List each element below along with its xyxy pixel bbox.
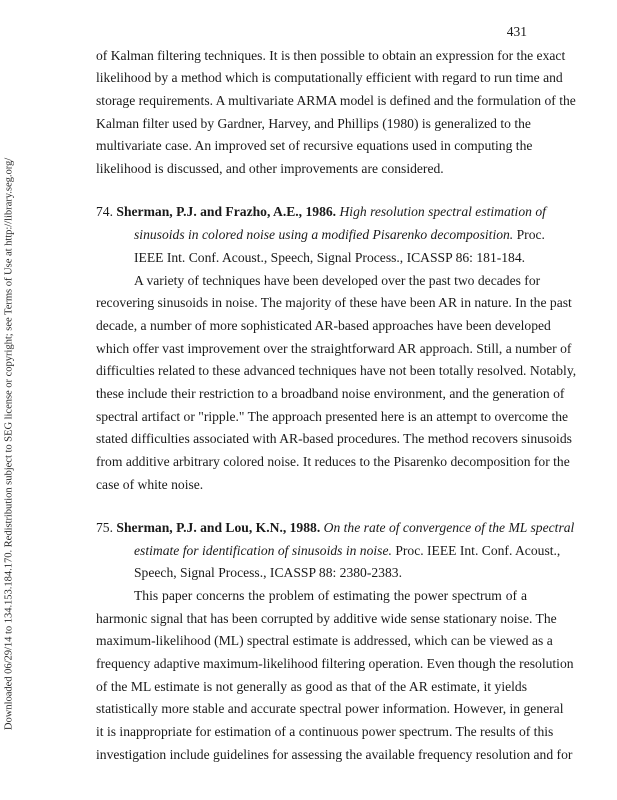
abstract-line: This paper concerns the problem of estim… [134, 587, 527, 604]
entry-source: Proc. IEEE Int. Conf. Acoust., [395, 543, 560, 558]
abstract-line: maximum-likelihood (ML) spectral estimat… [96, 632, 527, 649]
abstract-line: from additive arbitrary colored noise. I… [96, 453, 527, 470]
abstract-line: statistically more stable and accurate s… [96, 700, 527, 717]
abstract-line: of the ML estimate is not generally as g… [96, 678, 527, 695]
entry-title-line: sinusoids in colored noise using a modif… [134, 226, 527, 243]
abstract-line: spectral artifact or "ripple." The appro… [96, 408, 527, 425]
entry-authors: Sherman, P.J. and Frazho, A.E., 1986. [116, 204, 336, 219]
entry-source: Speech, Signal Process., ICASSP 88: 2380… [134, 564, 527, 581]
entry-heading: 74. Sherman, P.J. and Frazho, A.E., 1986… [96, 203, 527, 220]
text-line: storage requirements. A multivariate ARM… [96, 92, 527, 109]
entry-number: 74. [96, 204, 113, 219]
entry-source: Proc. [517, 227, 545, 242]
abstract-line: investigation include guidelines for ass… [96, 746, 527, 763]
abstract-line: harmonic signal that has been corrupted … [96, 610, 527, 627]
text-line: of Kalman filtering techniques. It is th… [96, 47, 527, 64]
entry-title-line: estimate for identification of sinusoids… [134, 542, 527, 559]
entry-authors: Sherman, P.J. and Lou, K.N., 1988. [116, 520, 320, 535]
entry-heading: 75. Sherman, P.J. and Lou, K.N., 1988. O… [96, 519, 527, 536]
text-line: multivariate case. An improved set of re… [96, 137, 527, 154]
text-line: likelihood by a method which is computat… [96, 69, 527, 86]
page-number: 431 [486, 24, 527, 40]
watermark-text: Downloaded 06/29/14 to 134.153.184.170. … [4, 158, 15, 730]
sidebar-watermark: Downloaded 06/29/14 to 134.153.184.170. … [1, 118, 17, 770]
entry-title: On the rate of convergence of the ML spe… [324, 520, 575, 535]
abstract-line: case of white noise. [96, 476, 527, 493]
abstract-line: it is inappropriate for estimation of a … [96, 723, 527, 740]
abstract-line: frequency adaptive maximum-likelihood fi… [96, 655, 527, 672]
abstract-line: recovering sinusoids in noise. The major… [96, 294, 527, 311]
entry-source: IEEE Int. Conf. Acoust., Speech, Signal … [134, 249, 527, 266]
entry-title: sinusoids in colored noise using a modif… [134, 227, 513, 242]
entry-title: High resolution spectral estimation of [339, 204, 545, 219]
text-line: likelihood is discussed, and other impro… [96, 160, 527, 177]
entry-number: 75. [96, 520, 113, 535]
abstract-line: stated difficulties associated with AR-b… [96, 430, 527, 447]
entry-title: estimate for identification of sinusoids… [134, 543, 392, 558]
abstract-line: decade, a number of more sophisticated A… [96, 317, 527, 334]
abstract-line: these include their restriction to a bro… [96, 385, 527, 402]
abstract-line: A variety of techniques have been develo… [134, 272, 527, 289]
text-line: Kalman filter used by Gardner, Harvey, a… [96, 115, 527, 132]
abstract-line: difficulties related to these advanced t… [96, 362, 527, 379]
abstract-line: which offer vast improvement over the st… [96, 340, 527, 357]
